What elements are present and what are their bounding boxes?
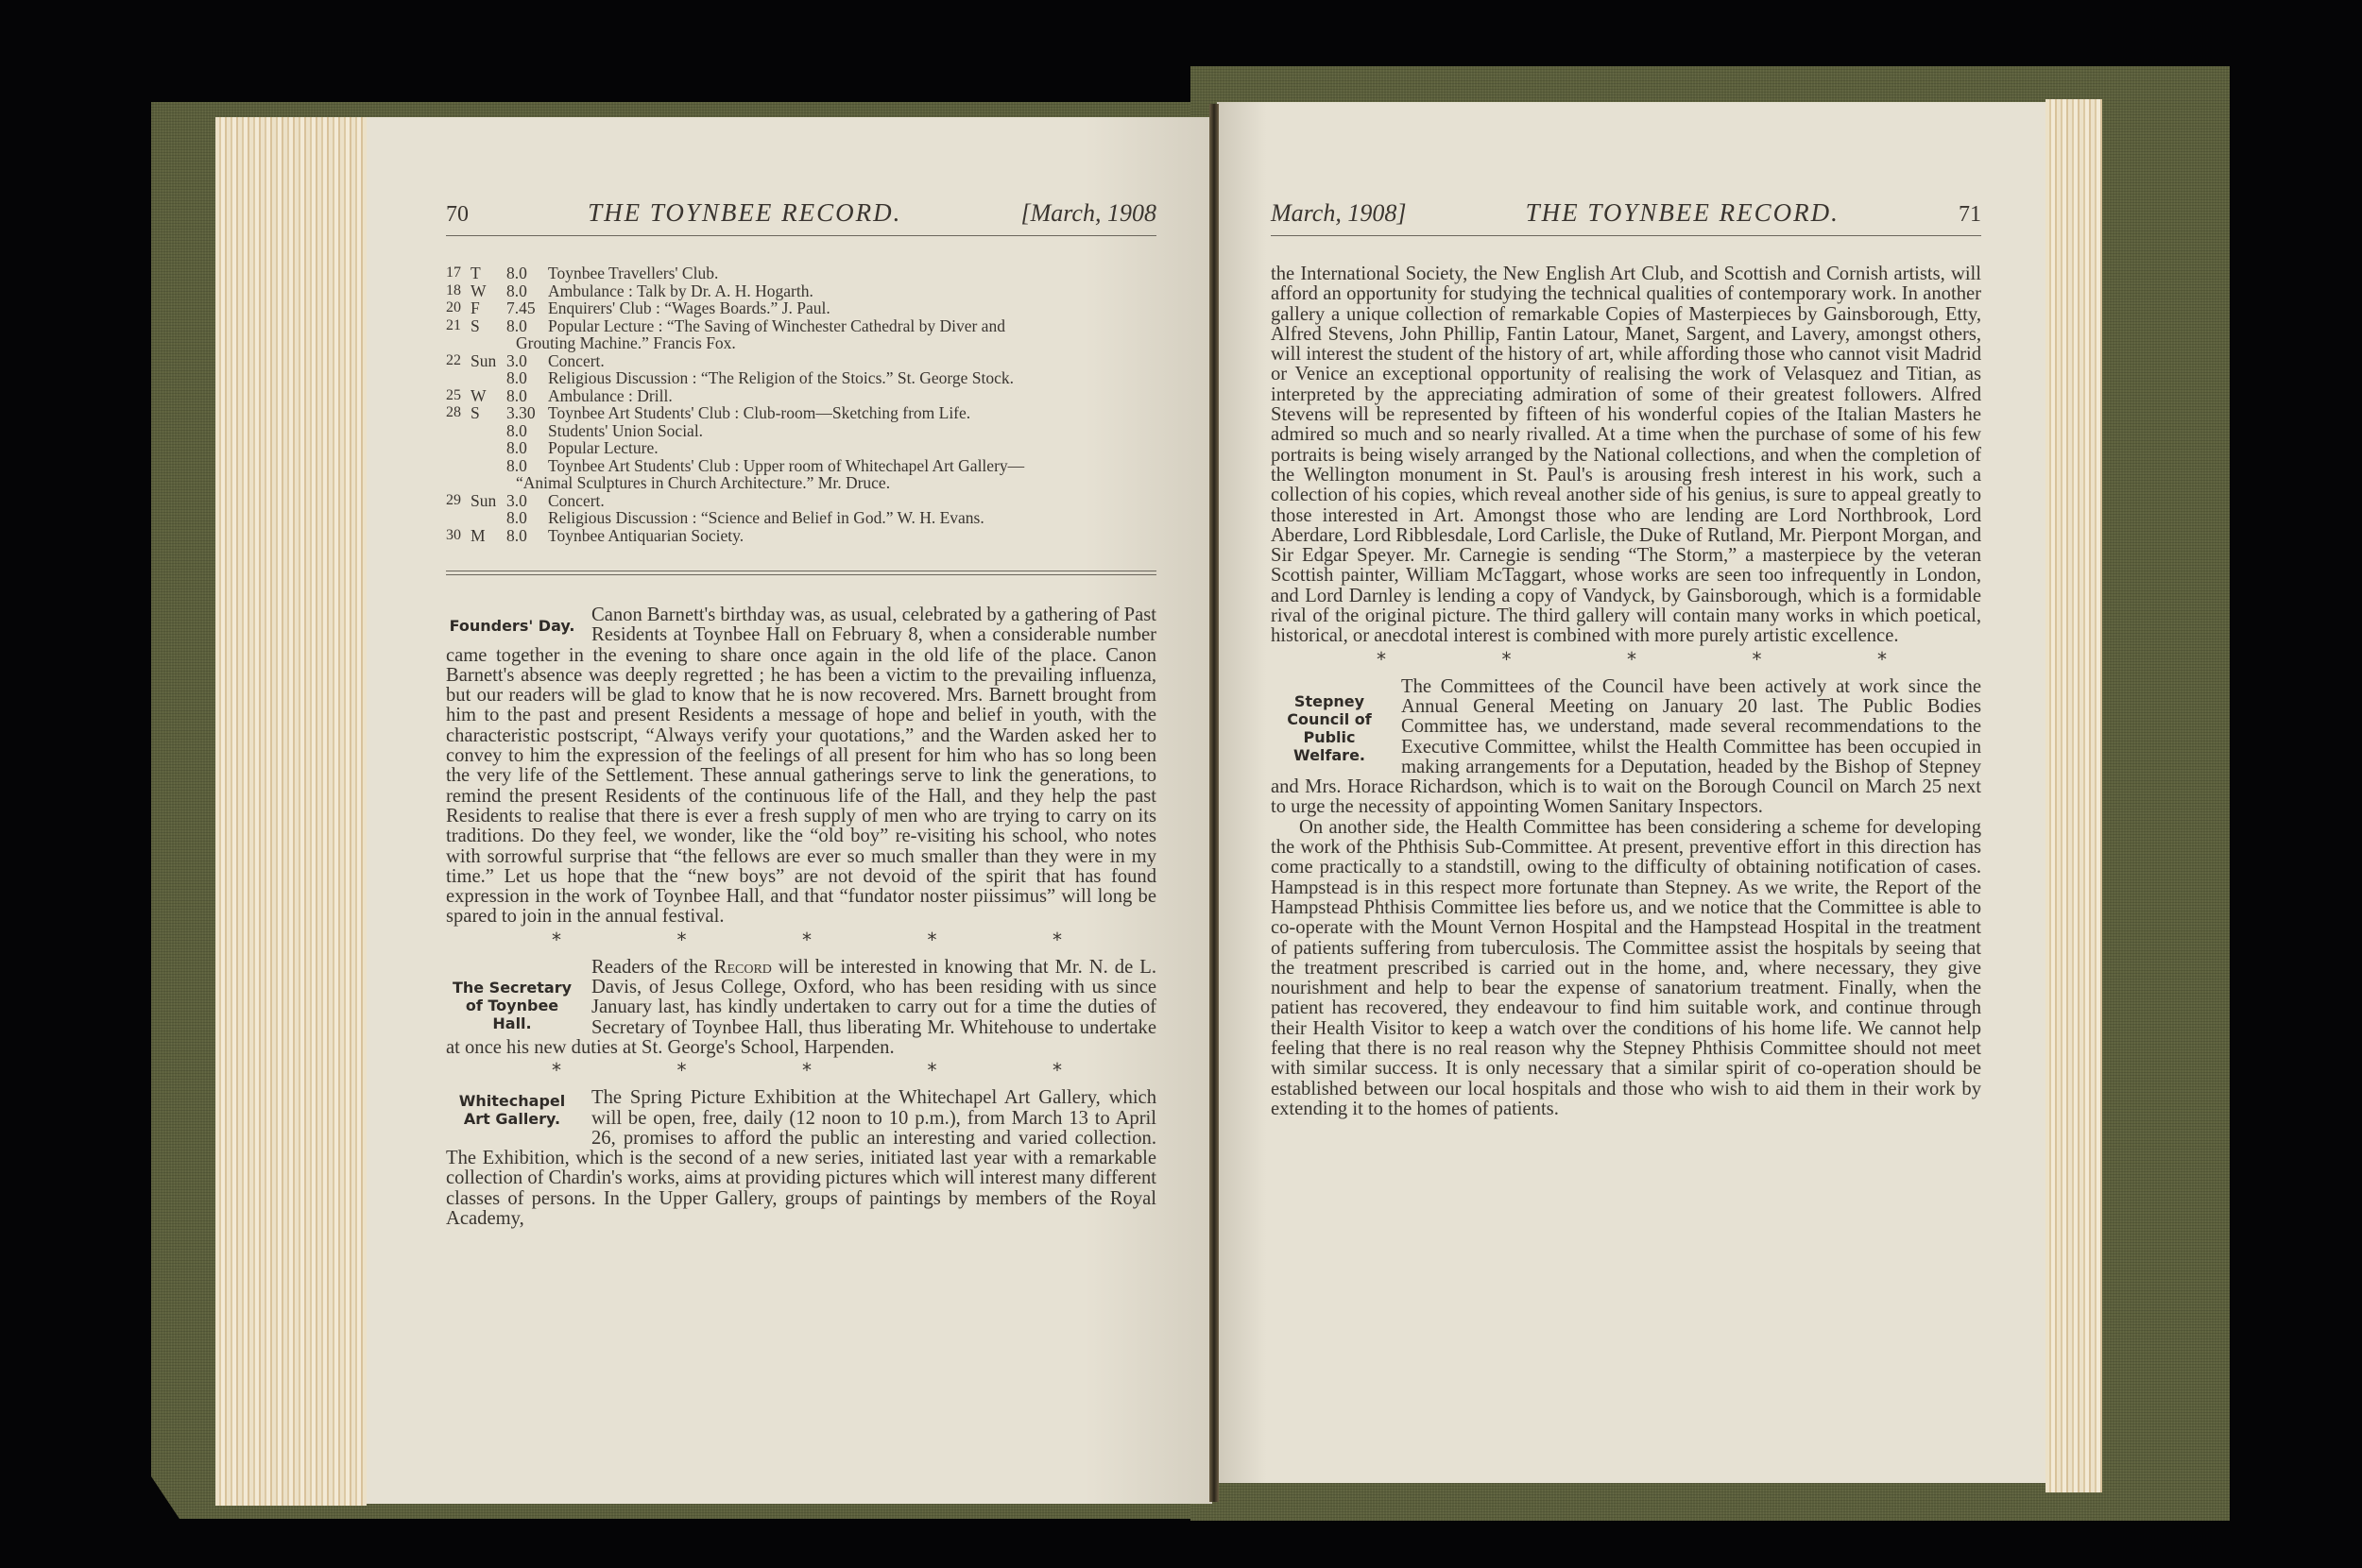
calendar-day: 17 — [446, 264, 471, 282]
calendar-event: Toynbee Travellers' Club. — [548, 264, 1156, 282]
calendar-weekday: F — [471, 299, 506, 317]
calendar-day — [446, 439, 471, 457]
page-edges-left — [215, 117, 367, 1506]
events-calendar: 17T8.0Toynbee Travellers' Club.18W8.0Amb… — [446, 264, 1156, 544]
calendar-row: 22Sun3.0Concert. — [446, 352, 1156, 370]
sidehead: The Secretary of Toynbee Hall. — [446, 979, 578, 1032]
calendar-time: 8.0 — [506, 264, 548, 282]
calendar-event: Ambulance : Drill. — [548, 387, 1156, 405]
continued-article: the International Society, the New Engli… — [1271, 264, 1981, 647]
book-gutter — [1209, 104, 1219, 1502]
calendar-row: 8.0Religious Discussion : “Science and B… — [446, 509, 1156, 527]
calendar-day — [446, 509, 471, 527]
calendar-event-continuation: “Animal Sculptures in Church Architectur… — [446, 474, 1156, 492]
calendar-row-continuation: “Animal Sculptures in Church Architectur… — [446, 474, 1156, 492]
calendar-event: Enquirers' Club : “Wages Boards.” J. Pau… — [548, 299, 1156, 317]
section-text: On another side, the Health Committee ha… — [1271, 818, 1981, 1119]
issue-date: March, 1908] — [1271, 199, 1406, 228]
asterism-separator: * * * * * — [1271, 651, 1981, 670]
calendar-time: 8.0 — [506, 387, 548, 405]
section-text: the International Society, the New Engli… — [1271, 264, 1981, 647]
section-secretary: The Secretary of Toynbee Hall. Readers o… — [446, 958, 1156, 1058]
calendar-row: 8.0Religious Discussion : “The Religion … — [446, 369, 1156, 387]
calendar-day: 29 — [446, 492, 471, 510]
calendar-weekday: Sun — [471, 352, 506, 370]
issue-date: [March, 1908 — [1021, 199, 1156, 228]
calendar-day: 20 — [446, 299, 471, 317]
calendar-time: 8.0 — [506, 457, 548, 475]
sidehead: Founders' Day. — [446, 617, 578, 635]
calendar-row: 29Sun3.0Concert. — [446, 492, 1156, 510]
calendar-time: 3.0 — [506, 352, 548, 370]
calendar-weekday: W — [471, 282, 506, 300]
calendar-row: 17T8.0Toynbee Travellers' Club. — [446, 264, 1156, 282]
calendar-time: 8.0 — [506, 439, 548, 457]
sidehead: Whitechapel Art Gallery. — [446, 1092, 578, 1128]
calendar-day — [446, 422, 471, 440]
calendar-day: 30 — [446, 527, 471, 545]
calendar-row: 20F7.45Enquirers' Club : “Wages Boards.”… — [446, 299, 1156, 317]
calendar-event: Concert. — [548, 352, 1156, 370]
double-rule-divider — [446, 571, 1156, 575]
calendar-weekday — [471, 509, 506, 527]
calendar-weekday: S — [471, 317, 506, 335]
calendar-row: 8.0Toynbee Art Students' Club : Upper ro… — [446, 457, 1156, 475]
calendar-event: Concert. — [548, 492, 1156, 510]
right-page-content: March, 1908] THE TOYNBEE RECORD. 71 the … — [1271, 198, 1981, 1119]
calendar-time: 8.0 — [506, 509, 548, 527]
calendar-row: 21S8.0Popular Lecture : “The Saving of W… — [446, 317, 1156, 335]
calendar-weekday — [471, 439, 506, 457]
calendar-time: 7.45 — [506, 299, 548, 317]
calendar-time: 8.0 — [506, 282, 548, 300]
calendar-weekday: T — [471, 264, 506, 282]
calendar-event: Religious Discussion : “Science and Beli… — [548, 509, 1156, 527]
calendar-event: Students' Union Social. — [548, 422, 1156, 440]
calendar-row: 8.0Students' Union Social. — [446, 422, 1156, 440]
calendar-weekday: M — [471, 527, 506, 545]
calendar-weekday: Sun — [471, 492, 506, 510]
calendar-weekday — [471, 457, 506, 475]
calendar-time: 8.0 — [506, 317, 548, 335]
calendar-time: 8.0 — [506, 422, 548, 440]
asterism-separator: * * * * * — [446, 931, 1156, 950]
calendar-day — [446, 457, 471, 475]
section-stepney-council: Stepney Council of Public Welfare. The C… — [1271, 677, 1981, 1120]
page-number: 71 — [1959, 202, 1981, 228]
calendar-row: 18W8.0Ambulance : Talk by Dr. A. H. Hoga… — [446, 282, 1156, 300]
calendar-event: Toynbee Antiquarian Society. — [548, 527, 1156, 545]
calendar-event: Popular Lecture : “The Saving of Winches… — [548, 317, 1156, 335]
calendar-day: 18 — [446, 282, 471, 300]
calendar-time: 3.0 — [506, 492, 548, 510]
section-text: Canon Barnett's birthday was, as usual, … — [446, 605, 1156, 928]
calendar-event: Popular Lecture. — [548, 439, 1156, 457]
left-page-content: 70 THE TOYNBEE RECORD. [March, 1908 17T8… — [446, 198, 1156, 1229]
calendar-weekday: S — [471, 404, 506, 422]
calendar-time: 8.0 — [506, 527, 548, 545]
calendar-weekday — [471, 422, 506, 440]
calendar-event: Ambulance : Talk by Dr. A. H. Hogarth. — [548, 282, 1156, 300]
calendar-time: 3.30 — [506, 404, 548, 422]
sidehead: Stepney Council of Public Welfare. — [1271, 692, 1388, 764]
calendar-day: 25 — [446, 387, 471, 405]
section-whitechapel: Whitechapel Art Gallery. The Spring Pict… — [446, 1088, 1156, 1229]
running-head-right: March, 1908] THE TOYNBEE RECORD. 71 — [1271, 198, 1981, 236]
calendar-event: Toynbee Art Students' Club : Club-room—S… — [548, 404, 1156, 422]
calendar-row: 25W8.0Ambulance : Drill. — [446, 387, 1156, 405]
journal-title: THE TOYNBEE RECORD. — [1526, 198, 1840, 228]
calendar-event: Toynbee Art Students' Club : Upper room … — [548, 457, 1156, 475]
page-number: 70 — [446, 202, 469, 228]
calendar-day: 22 — [446, 352, 471, 370]
calendar-day — [446, 369, 471, 387]
asterism-separator: * * * * * — [446, 1062, 1156, 1081]
calendar-day: 21 — [446, 317, 471, 335]
page-edges-right — [2045, 99, 2102, 1492]
calendar-event-continuation: Grouting Machine.” Francis Fox. — [446, 334, 1156, 352]
calendar-row: 8.0Popular Lecture. — [446, 439, 1156, 457]
calendar-row-continuation: Grouting Machine.” Francis Fox. — [446, 334, 1156, 352]
running-head-left: 70 THE TOYNBEE RECORD. [March, 1908 — [446, 198, 1156, 236]
section-founders-day: Founders' Day. Canon Barnett's birthday … — [446, 605, 1156, 928]
journal-title: THE TOYNBEE RECORD. — [588, 198, 901, 228]
calendar-day: 28 — [446, 404, 471, 422]
calendar-row: 28S3.30Toynbee Art Students' Club : Club… — [446, 404, 1156, 422]
calendar-weekday — [471, 369, 506, 387]
calendar-time: 8.0 — [506, 369, 548, 387]
calendar-event: Religious Discussion : “The Religion of … — [548, 369, 1156, 387]
calendar-weekday: W — [471, 387, 506, 405]
calendar-row: 30M8.0Toynbee Antiquarian Society. — [446, 527, 1156, 545]
